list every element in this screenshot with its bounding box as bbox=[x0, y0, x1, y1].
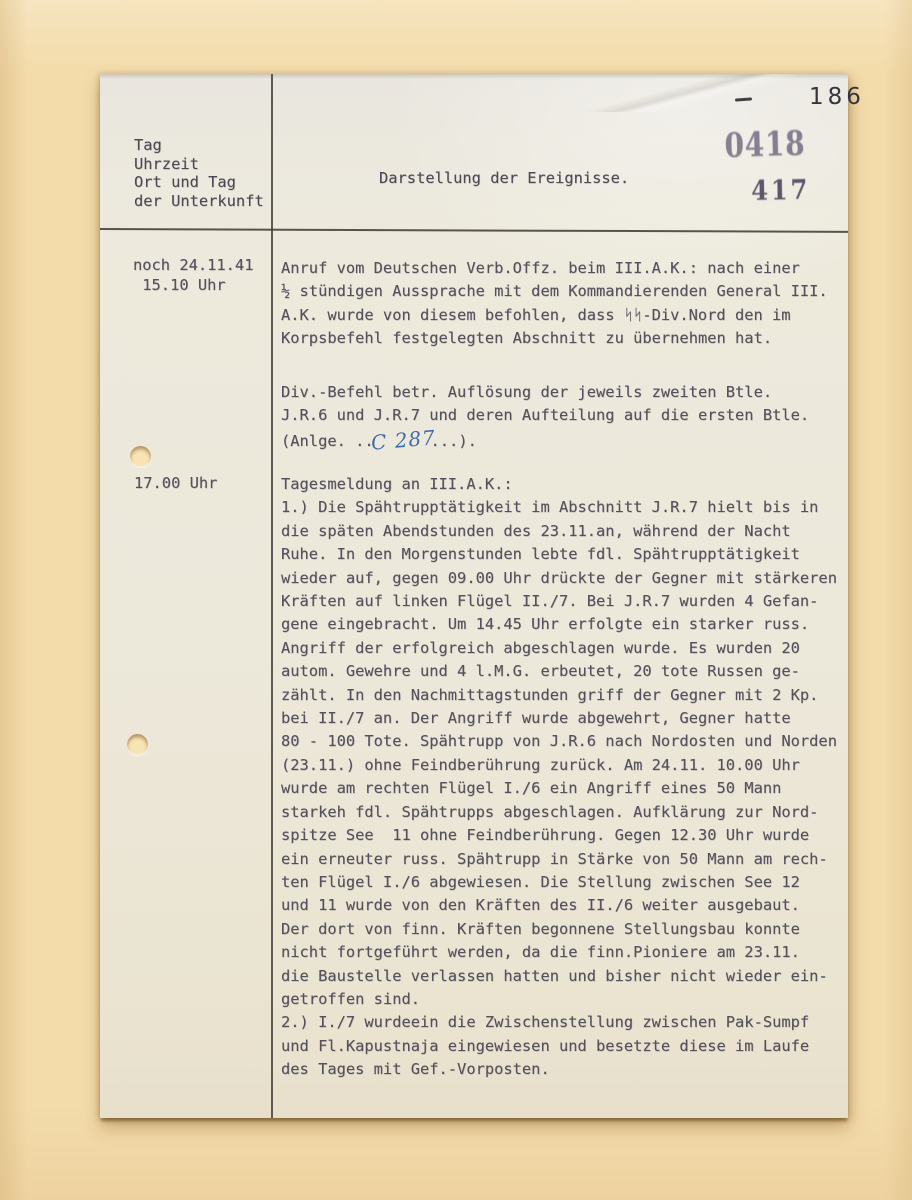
handwritten-annotation: C 287 bbox=[370, 426, 437, 455]
paper-crease bbox=[560, 74, 810, 112]
punch-hole-top bbox=[130, 446, 151, 467]
entry-1-timestamp: noch 24.11.41 15.10 Uhr bbox=[133, 256, 253, 295]
stamp-number-secondary: 417 bbox=[751, 175, 810, 207]
desk-background: 186 0418 417 Tag Uhrzeit Ort und Tag der… bbox=[0, 0, 912, 1200]
column-header-events: Darstellung der Ereignisse. bbox=[379, 169, 629, 187]
paragraph-text-prefix: Div.-Befehl betr. Auflösung der jeweils … bbox=[281, 383, 809, 450]
paragraph-text-suffix: ...). bbox=[431, 432, 477, 450]
entry-1-paragraph-2: Div.-Befehl betr. Auflösung der jeweils … bbox=[281, 381, 866, 453]
table-header-rule-line bbox=[100, 228, 848, 233]
entry-2-paragraph-1: Tagesmeldung an III.A.K.: 1.) Die Spähtr… bbox=[281, 473, 866, 1082]
punch-hole-bottom bbox=[127, 734, 148, 755]
column-header-date: Tag Uhrzeit Ort und Tag der Unterkunft bbox=[134, 136, 264, 210]
entry-1-paragraph-1: Anruf vom Deutschen Verb.Offz. beim III.… bbox=[281, 257, 866, 351]
stamp-number-primary: 0418 bbox=[724, 123, 806, 166]
archive-page-number: 186 bbox=[809, 84, 865, 110]
document-page: 186 0418 417 Tag Uhrzeit Ort und Tag der… bbox=[100, 74, 848, 1118]
entry-2-timestamp: 17.00 Uhr bbox=[134, 474, 217, 494]
